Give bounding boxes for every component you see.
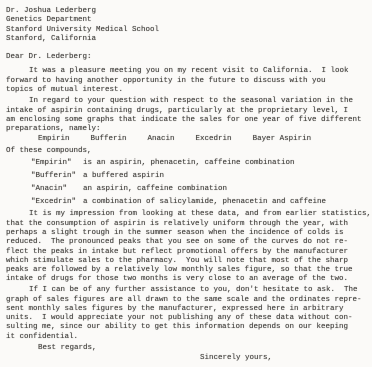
drug-name-bayer-aspirin: Bayer Aspirin [253,135,312,144]
paragraph-seasonal-variation: In regard to your question with respect … [6,97,368,134]
paragraph-assistance-confidentiality: If I can be of any further assistance to… [6,286,368,342]
drug-name-excedrin: Excedrin [196,135,232,144]
definition-description: a combination of salicylamide, phenaceti… [83,198,326,207]
compounds-intro: Of these compounds, [6,147,368,156]
recipient-address: Dr. Joshua Lederberg Genetics Department… [6,7,368,44]
drug-name-bufferin: Bufferin [91,135,127,144]
paragraph-impression: It is my impression from looking at thes… [6,210,368,284]
closing-best-regards: Best regards, [38,344,368,353]
compound-definitions: "Empirin" is an aspirin, phenacetin, caf… [6,159,368,207]
drug-names-row: Empirin Bufferin Anacin Excedrin Bayer A… [38,135,368,144]
definition-name: "Empirin" [31,159,83,168]
definition-bufferin: "Bufferin" a buffered aspirin [6,172,368,181]
definition-name: "Bufferin" [31,172,83,181]
definition-name: "Excedrin" [31,198,83,207]
drug-name-empirin: Empirin [38,135,70,144]
definition-empirin: "Empirin" is an aspirin, phenacetin, caf… [6,159,368,168]
drug-name-anacin: Anacin [148,135,175,144]
definition-anacin: "Anacin" an aspirin, caffeine combinatio… [6,185,368,194]
definition-excedrin: "Excedrin" a combination of salicylamide… [6,198,368,207]
signoff-sincerely-yours: Sincerely yours, [200,354,368,363]
definition-description: a buffered aspirin [83,172,164,181]
paragraph-greeting: It was a pleasure meeting you on my rece… [6,67,368,95]
definition-description: is an aspirin, phenacetin, caffeine comb… [83,159,295,168]
definition-name: "Anacin" [31,185,83,194]
salutation: Dear Dr. Lederberg: [6,53,368,62]
definition-description: an aspirin, caffeine combination [83,185,227,194]
letter-page: Dr. Joshua Lederberg Genetics Department… [0,0,372,367]
